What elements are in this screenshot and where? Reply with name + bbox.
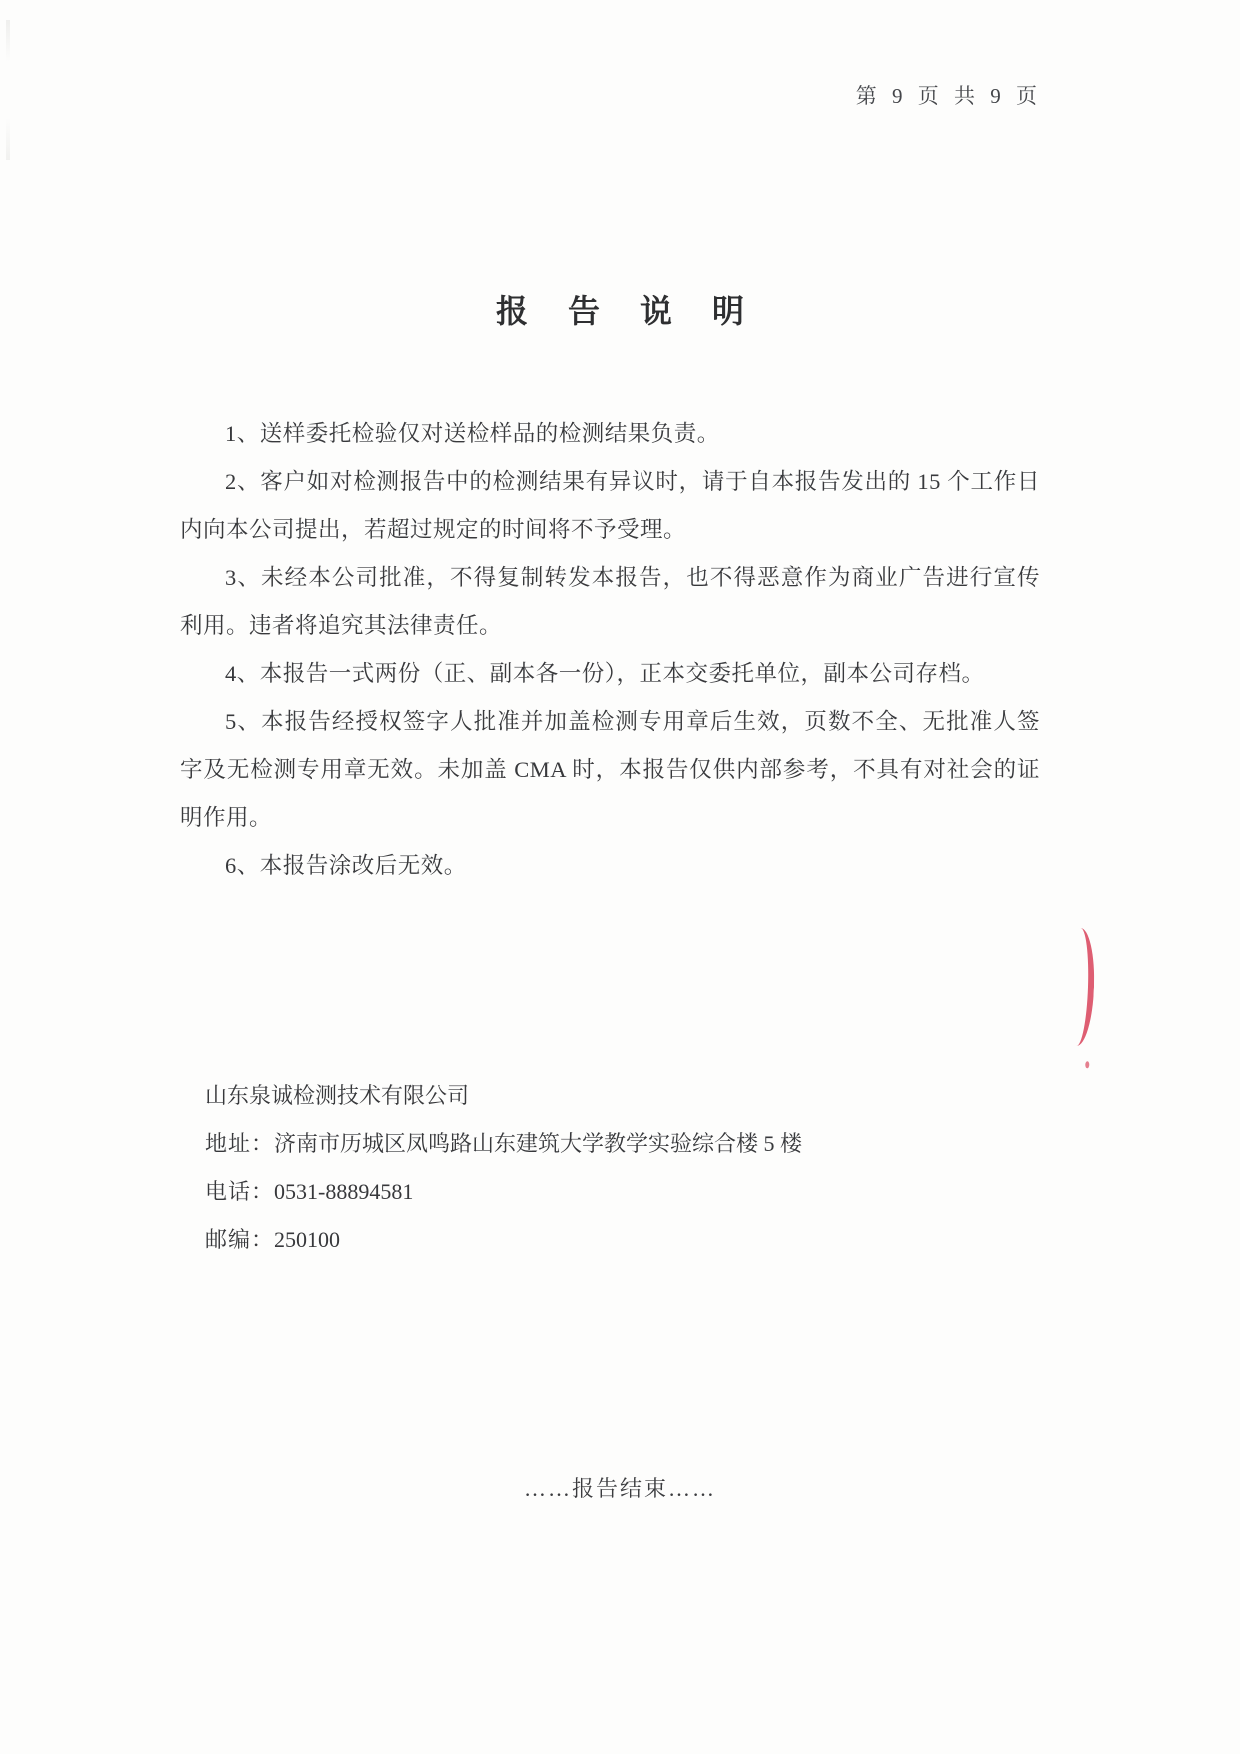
report-page: 第 9 页 共 9 页 报 告 说 明 1、送样委托检验仅对送检样品的检测结果负… [0, 0, 1240, 1754]
note-paragraph-5: 5、本报告经授权签字人批准并加盖检测专用章后生效，页数不全、无批准人签字及无检测… [180, 698, 1040, 842]
postcode-value: 250100 [274, 1227, 340, 1252]
address-label: 地址： [205, 1131, 274, 1156]
company-phone: 电话：0531-88894581 [205, 1168, 965, 1216]
company-postcode: 邮编：250100 [205, 1216, 965, 1264]
note-paragraph-3: 3、未经本公司批准，不得复制转发本报告，也不得恶意作为商业广告进行宣传利用。违者… [180, 554, 1040, 650]
note-paragraph-6: 6、本报告涂改后无效。 [180, 842, 1040, 890]
page-number-indicator: 第 9 页 共 9 页 [856, 80, 1042, 110]
note-paragraph-1: 1、送样委托检验仅对送检样品的检测结果负责。 [180, 410, 1040, 458]
phone-label: 电话： [205, 1179, 274, 1204]
report-end-marker: ……报告结束…… [0, 1472, 1240, 1503]
company-name: 山东泉诚检测技术有限公司 [205, 1072, 965, 1120]
scan-artifact [6, 20, 10, 160]
red-stamp-mark [1064, 928, 1096, 1047]
company-address: 地址：济南市历城区凤鸣路山东建筑大学教学实验综合楼 5 楼 [205, 1120, 965, 1168]
report-notes: 1、送样委托检验仅对送检样品的检测结果负责。 2、客户如对检测报告中的检测结果有… [180, 410, 1040, 890]
note-paragraph-4: 4、本报告一式两份（正、副本各一份），正本交委托单位，副本公司存档。 [180, 650, 1040, 698]
page-title: 报 告 说 明 [0, 286, 1240, 332]
note-paragraph-2: 2、客户如对检测报告中的检测结果有异议时，请于自本报告发出的 15 个工作日内向… [180, 458, 1040, 554]
company-info-block: 山东泉诚检测技术有限公司 地址：济南市历城区凤鸣路山东建筑大学教学实验综合楼 5… [205, 1072, 965, 1264]
address-value: 济南市历城区凤鸣路山东建筑大学教学实验综合楼 5 楼 [274, 1131, 802, 1156]
phone-value: 0531-88894581 [274, 1179, 413, 1204]
postcode-label: 邮编： [205, 1227, 274, 1252]
